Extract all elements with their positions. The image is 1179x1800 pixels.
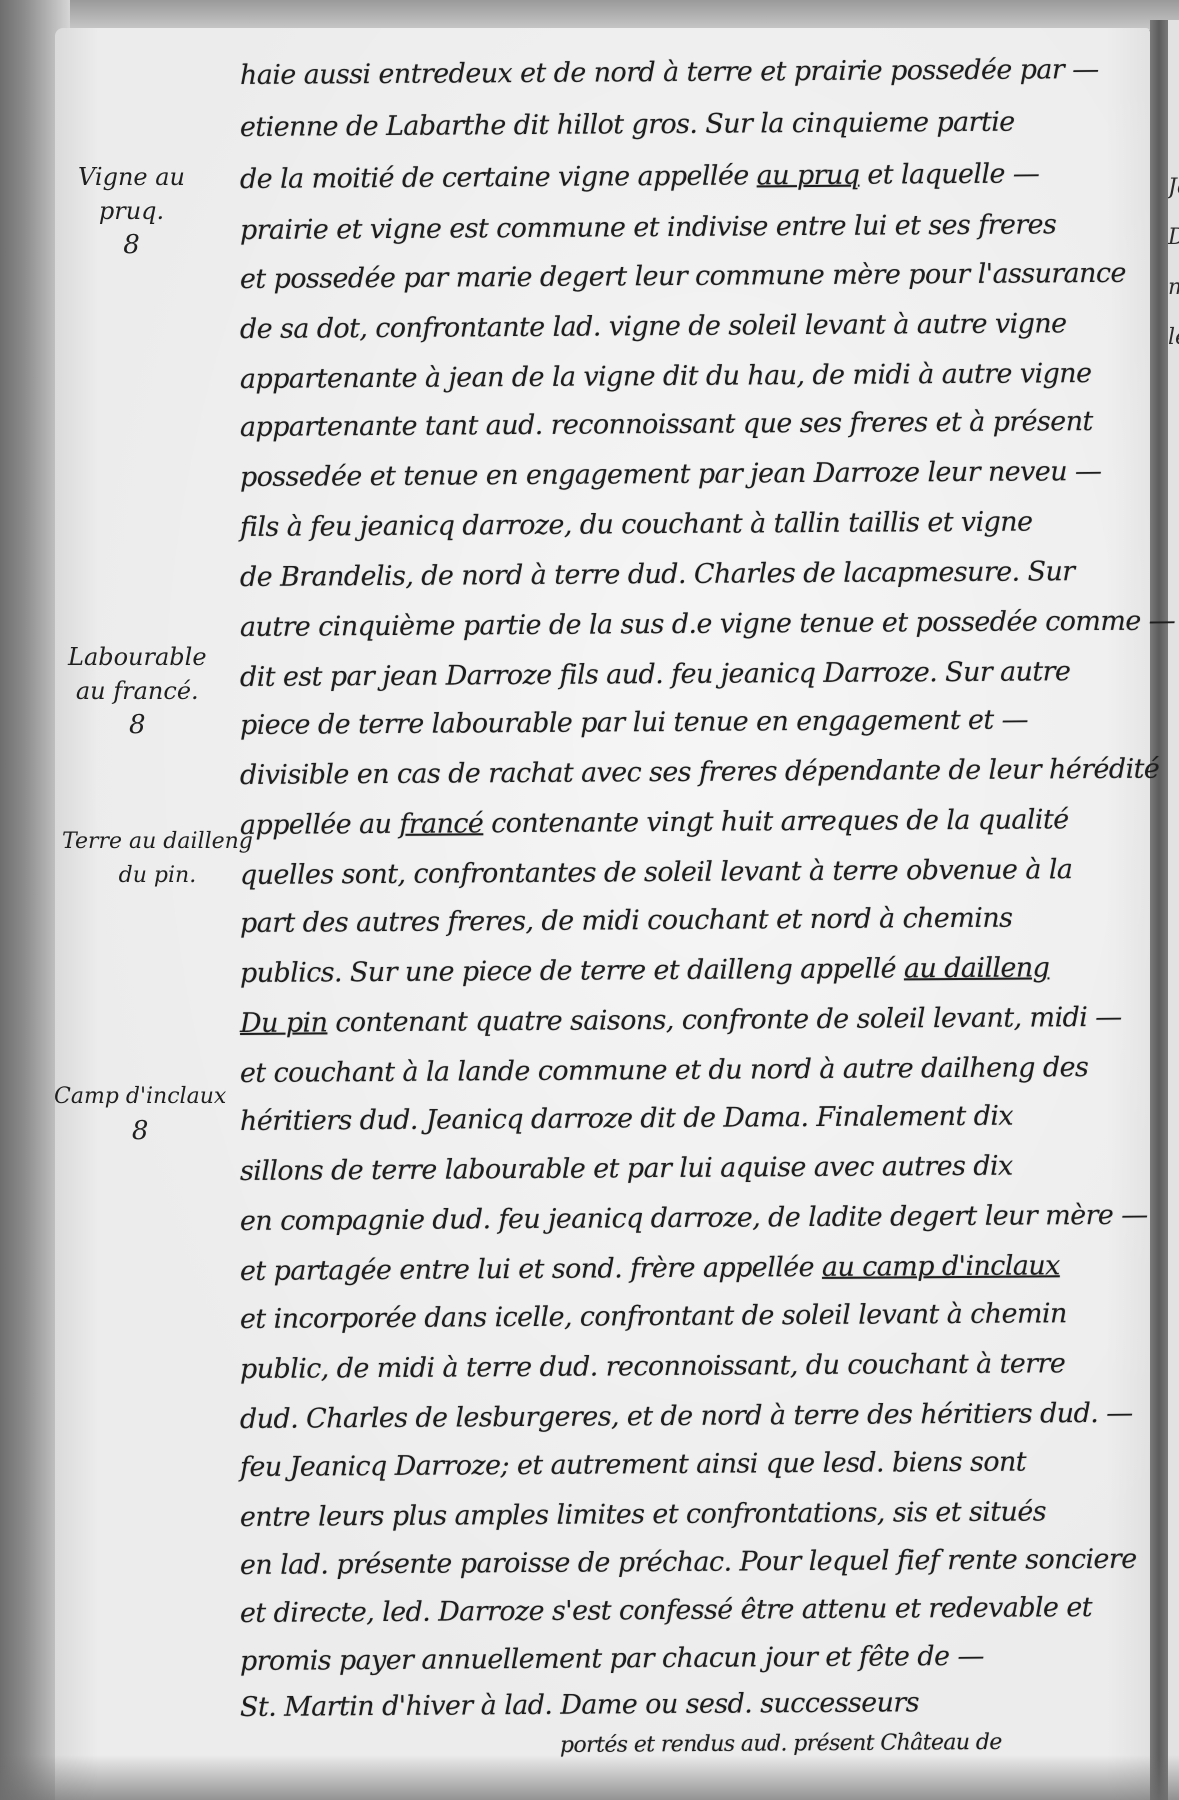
text-line: etienne de Labarthe dit hillot gros. Sur… <box>240 104 1140 146</box>
adjacent-page-fragment: D <box>1168 225 1179 250</box>
text-line: appartenante tant aud. reconnoissant que… <box>240 404 1140 446</box>
text-line: autre cinquième partie de la sus d.e vig… <box>240 604 1140 646</box>
text-line: et directe, led. Darroze s'est confessé … <box>240 1590 1140 1632</box>
text-line: et incorporée dans icelle, confrontant d… <box>240 1296 1140 1338</box>
margin-note-camp-dinclaux: Camp d'inclaux 8 <box>54 1080 226 1148</box>
margin-note-labourable-au-france: Labourable au francé. 8 <box>68 640 207 742</box>
symbol-mark-icon: 8 <box>54 1114 226 1148</box>
margin-note-line: au francé. <box>76 677 199 705</box>
text-line: en lad. présente paroisse de préchac. Po… <box>240 1542 1140 1584</box>
text-line: sillons de terre labourable et par lui a… <box>240 1148 1140 1190</box>
symbol-mark-icon: 8 <box>78 228 185 262</box>
text-line: appellée au francé contenante vingt huit… <box>240 802 1140 844</box>
text-line: et possedée par marie degert leur commun… <box>240 256 1140 298</box>
text-line: publics. Sur une piece de terre et daill… <box>240 950 1140 992</box>
text-line: quelles sont, confrontantes de soleil le… <box>240 852 1140 894</box>
text-line: public, de midi à terre dud. reconnoissa… <box>240 1346 1140 1388</box>
text-line: Du pin contenant quatre saisons, confron… <box>240 1000 1140 1042</box>
margin-note-line: Vigne au <box>78 163 185 191</box>
scan-top-edge <box>0 0 1179 30</box>
adjacent-page-fragment: ma <box>1168 275 1179 300</box>
text-line: fils à feu jeanicq darroze, du couchant … <box>240 504 1140 546</box>
margin-note-line: du pin. <box>119 863 197 888</box>
text-line: haie aussi entredeux et de nord à terre … <box>240 52 1140 94</box>
text-line: entre leurs plus amples limites et confr… <box>240 1494 1140 1536</box>
adjacent-page-fragment: Je <box>1168 175 1179 200</box>
margin-note-line: Camp d'inclaux <box>54 1084 226 1109</box>
book-gutter <box>1150 20 1168 1800</box>
margin-note-terre-au-dailleng: Terre au dailleng du pin. <box>62 825 253 893</box>
scan-bottom-shadow <box>0 1755 1179 1800</box>
text-line: appartenante à jean de la vigne dit du h… <box>240 356 1140 398</box>
text-line: héritiers dud. Jeanicq darroze dit de Da… <box>240 1098 1140 1140</box>
text-line: dit est par jean Darroze fils aud. feu j… <box>240 654 1140 696</box>
text-line: promis payer annuellement par chacun jou… <box>240 1638 1140 1680</box>
text-line: part des autres freres, de midi couchant… <box>240 900 1140 942</box>
text-line: et partagée entre lui et sond. frère app… <box>240 1248 1140 1290</box>
symbol-mark-icon: 8 <box>68 708 207 742</box>
adjacent-page-fragment: le <box>1168 325 1179 350</box>
margin-note-line: pruq. <box>99 197 164 225</box>
text-line: de sa dot, confrontante lad. vigne de so… <box>240 306 1140 348</box>
text-line: divisible en cas de rachat avec ses frer… <box>240 752 1140 794</box>
text-line: en compagnie dud. feu jeanicq darroze, d… <box>240 1198 1140 1240</box>
margin-note-line: Terre au dailleng <box>62 829 253 854</box>
text-line: dud. Charles de lesburgeres, et de nord … <box>240 1396 1140 1438</box>
text-line: piece de terre labourable par lui tenue … <box>240 702 1140 744</box>
text-line: St. Martin d'hiver à lad. Dame ou sesd. … <box>240 1684 1140 1726</box>
text-line: de Brandelis, de nord à terre dud. Charl… <box>240 554 1140 596</box>
text-line: feu Jeanicq Darroze; et autrement ainsi … <box>240 1444 1140 1486</box>
text-line: et couchant à la lande commune et du nor… <box>240 1050 1140 1092</box>
margin-note-vigne-au-pruq: Vigne au pruq. 8 <box>78 160 185 262</box>
text-line: de la moitié de certaine vigne appellée … <box>240 156 1140 198</box>
text-line: possedée et tenue en engagement par jean… <box>240 454 1140 496</box>
text-line: prairie et vigne est commune et indivise… <box>240 207 1140 249</box>
margin-note-line: Labourable <box>68 643 207 671</box>
